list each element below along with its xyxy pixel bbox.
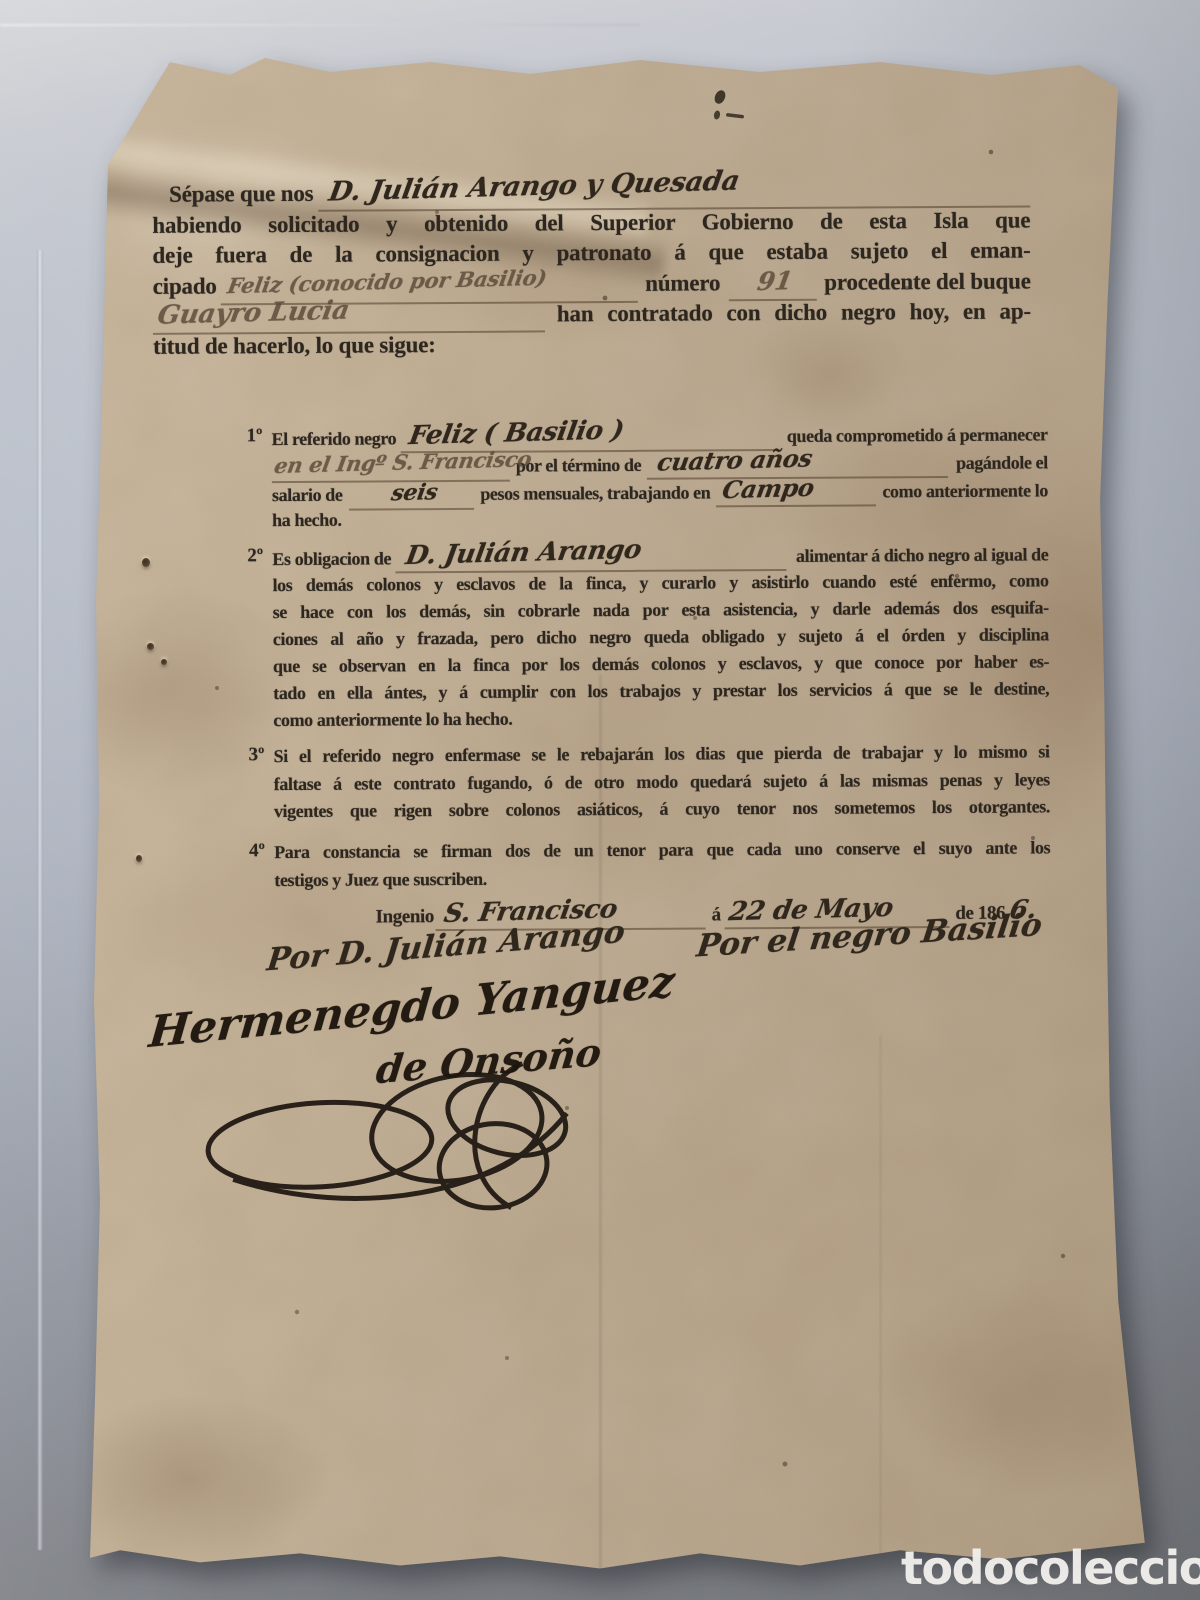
c1-salario-label: salario de [272, 482, 343, 508]
rubric-flourish [204, 1055, 585, 1227]
clause-4-line-1: Para constancia se firman dos de un teno… [274, 834, 1050, 865]
opening-l5-suffix: han contratado con dicho negro hoy, en a… [557, 296, 1031, 329]
c1-prefix: El referido negro [272, 425, 397, 452]
sleeve-edge-line [0, 24, 640, 26]
ingenio-label: Ingenio [375, 904, 434, 930]
hw-c1-ingenio: en el Ingº S. Francisco [272, 446, 534, 481]
clause-2-number: 2º [247, 545, 263, 567]
clause-3-line-1: Si el referido negro enfermase se le reb… [273, 738, 1049, 769]
clause-2-line-7: como anteriormente lo ha hecho. [273, 702, 1049, 733]
sleeve-crease [37, 250, 43, 1550]
clause-2-line-4: ciones al año y frazada, pero dicho negr… [273, 621, 1049, 652]
hw-buque-name: Guayro Lucia [153, 296, 354, 333]
hw-grantor-names: D. Julián Arango y Quesada [318, 166, 745, 209]
hw-c1-salario: seis [389, 479, 439, 508]
clause-3-line-2: faltase á este contrato fugando, ó de ot… [274, 766, 1050, 797]
ink-speckles [84, 55, 86, 57]
clause-2-line-2: los demás colonos y esclavos de la finca… [272, 567, 1048, 598]
opening-line-6: titud de hacerlo, lo que sigue: [153, 326, 1031, 361]
document-paper: Sépase que nos D. Julián Arango y Quesad… [84, 55, 1148, 1570]
c1-anteriormente: como anteriormente lo [882, 477, 1048, 504]
clause-1-number: 1º [247, 425, 263, 447]
clause-2-line-6: tado en ella ántes, y á cumplir con los … [273, 675, 1049, 706]
hw-numero: 91 [755, 266, 795, 299]
photo-scene: { "photo": { "watermark": "todocoleccion… [0, 0, 1200, 1600]
date-prep: á [712, 902, 721, 928]
clause-2-line-5: que se observan en la finca por los demá… [273, 648, 1049, 679]
document-content: Sépase que nos D. Julián Arango y Quesad… [80, 52, 1153, 1573]
paper-sheet: Sépase que nos D. Julián Arango y Quesad… [84, 55, 1148, 1570]
c1-mensuales: pesos mensuales, trabajando en [480, 479, 710, 506]
opening-l4-numero-label: número [645, 268, 720, 298]
hw-c2-name: D. Julián Arango [395, 537, 645, 572]
clause-4-number: 4º [249, 840, 265, 862]
clause-2-line-3: se hace con los demás, sin cobrarle nada… [273, 594, 1049, 625]
clause-4-line-2: testigos y Juez que suscriben. [274, 862, 1050, 893]
watermark: todocoleccion [901, 1541, 1200, 1595]
c1-pagandole: pagándole el [956, 449, 1048, 476]
c2-prefix: Es obligacion de [272, 545, 391, 572]
opening-l4-suffix: procedente del buque [824, 266, 1031, 297]
hw-c1-trabajo: Campo [716, 475, 818, 506]
clause-3-number: 3º [249, 744, 265, 766]
opening-lead: Sépase que nos [152, 179, 313, 210]
c2-suffix: alimentar á dicho negro al igual de [796, 541, 1049, 569]
opening-l4-prefix: cipado [153, 271, 217, 301]
clause-3-line-3: vigentes que rigen sobre colonos asiátic… [274, 793, 1050, 824]
c1-suffix: queda comprometido á permanecer [787, 421, 1048, 449]
c1-termino-label: por el término de [516, 452, 642, 479]
clause-1-line-4: ha hecho. [272, 502, 1048, 533]
